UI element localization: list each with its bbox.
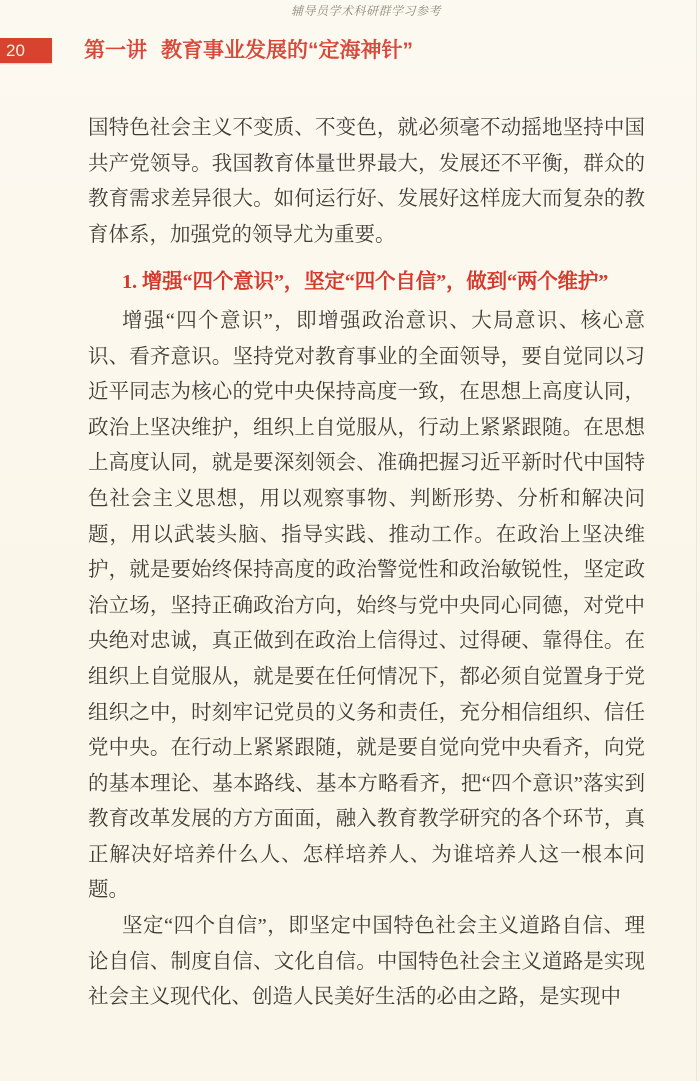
scan-edge-line xyxy=(696,0,697,1081)
chapter-title: 第一讲教育事业发展的“定海神针” xyxy=(84,38,413,63)
page-number-badge: 20 xyxy=(0,38,52,63)
chapter-label: 第一讲 xyxy=(84,39,147,62)
paragraph-four-confidences: 坚定“四个自信”，即坚定中国特色社会主义道路自信、理论自信、制度自信、文化自信。… xyxy=(88,909,645,1016)
page-number: 20 xyxy=(0,38,52,63)
paragraph-four-consciousnesses: 增强“四个意识”，即增强政治意识、大局意识、核心意识、看齐意识。坚持党对教育事业… xyxy=(88,304,645,909)
paragraph-continuation: 国特色社会主义不变质、不变色，就必须毫不动摇地坚持中国共产党领导。我国教育体量世… xyxy=(88,111,645,253)
watermark-text: 辅导员学术科研群学习参考 xyxy=(16,2,700,19)
page-body: 国特色社会主义不变质、不变色，就必须毫不动摇地坚持中国共产党领导。我国教育体量世… xyxy=(88,111,645,1016)
chapter-header: 20 第一讲教育事业发展的“定海神针” xyxy=(0,38,700,63)
section-heading: 1. 增强“四个意识”，坚定“四个自信”，做到“两个维护” xyxy=(88,265,645,301)
chapter-name: 教育事业发展的“定海神针” xyxy=(161,39,413,62)
